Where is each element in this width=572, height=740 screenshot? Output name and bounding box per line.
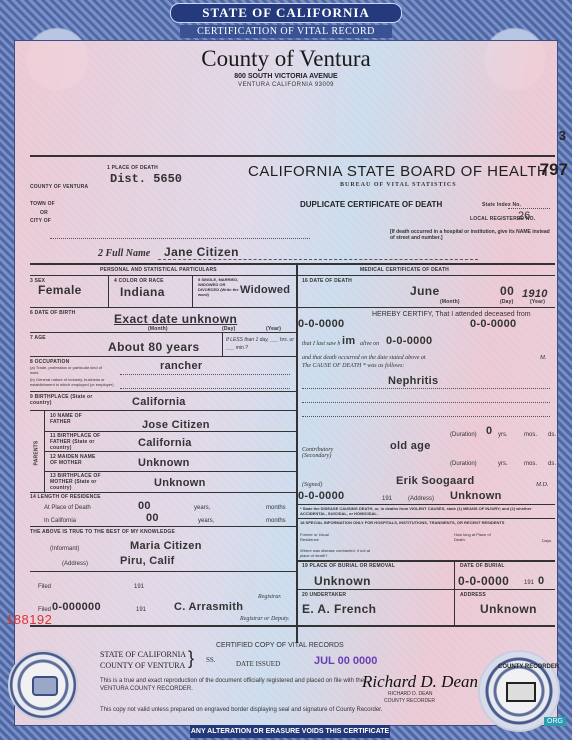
undertaker-address: Unknown xyxy=(480,602,537,616)
or-label: OR xyxy=(40,210,48,216)
footer-brace: } xyxy=(188,648,194,669)
birthplace-value: California xyxy=(132,396,186,408)
divider xyxy=(30,155,555,157)
recorder-seal-text: COUNTY RECORDER xyxy=(498,664,559,670)
occupation-sub2: (b) General nature of industry, business… xyxy=(30,377,116,387)
yrs-label-2: yrs. xyxy=(498,461,508,467)
burial-date-value: 0-0-0000 xyxy=(458,574,509,588)
duration-label: (Duration) xyxy=(450,432,477,438)
ds-label-2: ds. xyxy=(548,461,556,467)
signer-name: RICHARD D. DEAN xyxy=(388,691,432,697)
full-name-label: 2 Full Name xyxy=(98,248,150,259)
signed-year-prefix: 191 xyxy=(382,496,392,502)
date-issued-label: DATE ISSUED xyxy=(236,660,280,668)
reproduction-text: This is a true and exact reproduction of… xyxy=(100,677,390,693)
street-field xyxy=(50,238,310,239)
cause-value: Nephritis xyxy=(388,375,438,387)
divider xyxy=(44,451,296,452)
footer-ss: SS. xyxy=(206,656,216,664)
how-long-label: How long at Place of Death xyxy=(454,532,494,542)
alive-on-label: alive on xyxy=(360,341,379,347)
dod-year-caption: (Year) xyxy=(530,299,545,305)
informant-label: (Informant) xyxy=(50,546,79,552)
true-statement-label: THE ABOVE IS TRUE TO THE BEST OF MY KNOW… xyxy=(30,529,175,535)
burial-date-label: DATE OF BURIAL xyxy=(460,563,505,569)
marital-label: 5 SINGLE, MARRIED, WIDOWED OR DIVORCED (… xyxy=(198,277,240,297)
days-label: Days xyxy=(542,538,551,543)
in-california-years: 00 xyxy=(146,512,159,524)
burial-place-value: Unknown xyxy=(314,574,371,588)
place-of-death-value: Dist. 5650 xyxy=(110,172,182,186)
cause-line xyxy=(302,416,550,417)
county-city: VENTURA CALIFORNIA 93009 xyxy=(0,82,572,88)
org-badge: ORG xyxy=(544,717,566,726)
in-california-years-unit: years, xyxy=(198,518,214,524)
alteration-warning-banner: ANY ALTERATION OR ERASURE VOIDS THIS CER… xyxy=(190,725,390,738)
footer-county-line: COUNTY OF VENTURA xyxy=(100,661,185,670)
divider xyxy=(30,571,296,572)
occupation-sub1: (a) Trade, profession or particular kind… xyxy=(30,365,110,375)
divider xyxy=(30,410,296,411)
footer-state-line: STATE OF CALIFORNIA xyxy=(100,650,186,659)
dod-label: 16 DATE OF DEATH xyxy=(302,278,352,284)
occupation-line xyxy=(120,374,290,375)
divider xyxy=(296,504,555,505)
divider xyxy=(44,431,296,432)
in-california-label: In California xyxy=(44,518,76,524)
personal-section-title: PERSONAL AND STATISTICAL PARTICULARS xyxy=(100,267,217,273)
at-place-label: At Place of Death xyxy=(44,505,91,511)
divider xyxy=(30,391,296,392)
divider xyxy=(30,332,296,333)
color-label: 4 COLOR OR RACE xyxy=(114,278,164,284)
contributory-value: old age xyxy=(390,440,431,452)
mos-label: mos. xyxy=(524,432,537,438)
footnote: * State the DISEASE CAUSING DEATH, or, i… xyxy=(300,506,552,516)
divider xyxy=(30,263,555,265)
hospital-note: [If death occurred in a hospital or inst… xyxy=(390,229,550,241)
father-name-value: Jose Citizen xyxy=(142,419,210,431)
marital-value: Widowed xyxy=(240,284,290,296)
sex-value: Female xyxy=(38,283,82,297)
banner-certification: CERTIFICATION OF VITAL RECORD xyxy=(180,25,392,38)
registrar-deputy-label: Registrar or Deputy. xyxy=(240,616,290,622)
contracted-label: Where was disease contracted, if not at … xyxy=(300,548,380,558)
color-value: Indiana xyxy=(120,285,165,299)
recorder-signature: Richard D. Dean xyxy=(362,672,478,692)
parents-label: PARENTS xyxy=(33,441,39,466)
father-name-label: 10 NAME OF FATHER xyxy=(50,413,100,425)
m-label: M. xyxy=(540,355,547,361)
divider xyxy=(30,356,296,357)
town-label: TOWN OF xyxy=(30,201,55,207)
county-label: COUNTY OF VENTURA xyxy=(30,184,88,190)
cause-text: The CAUSE OF DEATH * was as follows: xyxy=(302,363,404,369)
divider xyxy=(296,560,555,562)
divider xyxy=(30,307,296,308)
father-birthplace-label: 11 BIRTHPLACE OF FATHER (State or countr… xyxy=(50,433,110,451)
place-of-death-label: 1 PLACE OF DEATH xyxy=(107,165,158,171)
bureau-title: BUREAU OF VITAL STATISTICS xyxy=(340,182,457,188)
attended-from: 0-0-0000 xyxy=(298,318,344,330)
banner-state-title: STATE OF CALIFORNIA xyxy=(170,3,402,23)
dod-day-caption: (Day) xyxy=(500,299,514,305)
address-value: Piru, Calif xyxy=(120,555,175,567)
address-label: (Address) xyxy=(62,561,88,567)
burial-place-label: 19 PLACE OF BURIAL OR REMOVAL xyxy=(302,563,395,569)
contributory-label: Contributory (Secondary) xyxy=(302,447,342,459)
divider xyxy=(454,560,455,625)
top-banner: STATE OF CALIFORNIA CERTIFICATION OF VIT… xyxy=(170,3,402,37)
mother-maiden-label: 12 MAIDEN NAME OF MOTHER xyxy=(50,454,100,466)
divider xyxy=(30,275,296,276)
mother-birthplace-value: Unknown xyxy=(154,477,206,489)
dod-month: June xyxy=(410,284,440,298)
age-value: About 80 years xyxy=(108,340,200,354)
last-saw-date: 0-0-0000 xyxy=(386,335,432,347)
burial-year-prefix: 191 xyxy=(524,580,534,586)
divider xyxy=(296,589,555,590)
undertaker-address-label: ADDRESS xyxy=(460,592,486,598)
registrar-name: C. Arrasmith xyxy=(174,601,243,613)
signed-value: Erik Soogaard xyxy=(396,475,474,487)
filed1-label: Filed xyxy=(38,584,51,590)
special-info-label: 18 SPECIAL INFORMATION ONLY FOR HOSPITAL… xyxy=(300,520,552,525)
birthplace-label: 9 BIRTHPLACE (State or country) xyxy=(30,394,100,406)
former-residence-label: Former or Usual Residence xyxy=(300,532,340,542)
certificate-title: DUPLICATE CERTIFICATE OF DEATH xyxy=(300,200,442,209)
divider xyxy=(30,526,296,527)
filed2-value: 0-000000 xyxy=(52,601,101,613)
at-place-years: 00 xyxy=(138,500,151,512)
undertaker-label: 20 UNDERTAKER xyxy=(302,592,346,598)
attended-to: 0-0-0000 xyxy=(470,318,516,330)
filed1-year: 191 xyxy=(134,584,144,590)
local-registered-value: 26 xyxy=(518,210,530,222)
medical-section-title: MEDICAL CERTIFICATE OF DEATH xyxy=(360,267,449,273)
signer-title: COUNTY RECORDER xyxy=(384,698,435,704)
signed-label: (Signed) xyxy=(302,482,322,488)
state-seal-icon xyxy=(8,650,78,720)
county-title: County of Ventura xyxy=(0,46,572,72)
certify-text: HEREBY CERTIFY, That I attended deceased… xyxy=(372,311,531,318)
board-title: CALIFORNIA STATE BOARD OF HEALTH xyxy=(248,163,548,180)
md-label: M.D. xyxy=(536,482,548,488)
divider xyxy=(108,275,109,307)
employer-line xyxy=(120,388,290,389)
cause-line xyxy=(302,402,550,403)
dob-value: Exact date unknown xyxy=(114,312,237,326)
at-place-months-unit: months xyxy=(266,505,286,511)
red-serial-number: 188192 xyxy=(6,612,52,627)
dod-month-caption: (Month) xyxy=(440,299,460,305)
county-address: 800 SOUTH VICTORIA AVENUE xyxy=(0,73,572,80)
residence-label: 14 LENGTH OF RESIDENCE xyxy=(30,494,101,500)
last-saw-text: that I last saw h xyxy=(302,341,340,347)
in-california-months-unit: months xyxy=(266,518,286,524)
signed-address-label: (Address) xyxy=(408,496,434,502)
cause-line xyxy=(302,388,550,389)
divider xyxy=(296,518,555,519)
mother-birthplace-label: 13 BIRTHPLACE OF MOTHER (State or countr… xyxy=(50,473,110,491)
occupation-value: rancher xyxy=(160,360,202,372)
state-index-field xyxy=(508,208,550,209)
father-birthplace-value: California xyxy=(138,437,192,449)
mother-maiden-value: Unknown xyxy=(138,457,190,469)
divider xyxy=(44,471,296,472)
death-occurred-text: and that death occurred on the date stat… xyxy=(302,355,426,361)
dod-day: 00 xyxy=(500,284,514,298)
death-certificate: 1 PLACE OF DEATH COUNTY OF VENTURA Dist.… xyxy=(30,155,555,625)
city-label: CITY OF xyxy=(30,218,51,224)
mos-label-2: mos. xyxy=(524,461,537,467)
divider xyxy=(222,332,223,356)
full-name-line xyxy=(158,259,478,260)
last-saw-pronoun: im xyxy=(342,335,355,347)
filed2-year: 191 xyxy=(136,607,146,613)
validity-text: This copy not valid unless prepared on e… xyxy=(100,707,383,713)
at-place-years-unit: years, xyxy=(194,505,210,511)
age-label: 7 AGE xyxy=(30,335,46,341)
age-note: If LESS than 1 day, ___ hrs. or ___ min.… xyxy=(226,336,294,352)
divider xyxy=(192,275,193,307)
duration-years: 0 xyxy=(486,425,492,437)
divider xyxy=(296,275,555,276)
registrar-label: Registrar. xyxy=(258,594,282,600)
signed-address: Unknown xyxy=(450,490,502,502)
divider xyxy=(30,492,296,493)
corner-number: 3 xyxy=(559,128,566,143)
divider xyxy=(296,307,555,308)
burial-year: 0 xyxy=(538,575,544,587)
dob-label: 6 DATE OF BIRTH xyxy=(30,310,75,316)
yrs-label: yrs. xyxy=(498,432,508,438)
date-issued-value: JUL 00 0000 xyxy=(314,655,377,667)
duration-label-2: (Duration) xyxy=(450,461,477,467)
undertaker-value: E. A. French xyxy=(302,602,376,616)
signed-date: 0-0-0000 xyxy=(298,490,344,502)
full-name-value: Jane Citizen xyxy=(164,245,239,259)
ds-label: ds. xyxy=(548,432,556,438)
divider xyxy=(30,625,555,627)
informant-value: Maria Citizen xyxy=(130,540,202,552)
certified-copy-label: CERTIFIED COPY OF VITAL RECORDS xyxy=(216,642,344,649)
